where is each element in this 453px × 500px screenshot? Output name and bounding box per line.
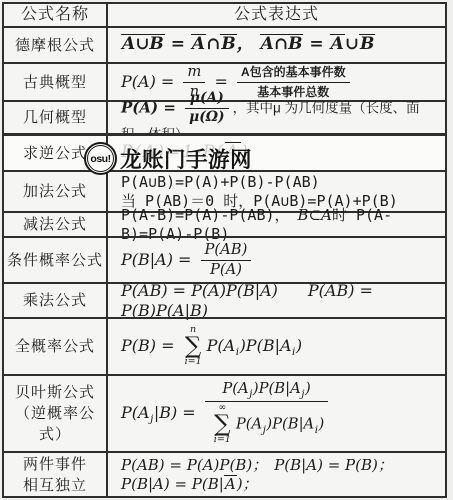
formula-line: P(AB) = P(A)P(B)；P(B|A) = P(B)；P(B|A) = … [121,456,445,494]
watermark-text: 龙账门手游网 [120,143,252,174]
table-row-independent: 两件事件 相互独立P(AB) = P(A)P(B)；P(B|A) = P(B)；… [4,451,445,496]
screenshot-root: 公式名称公式表达式德摩根公式A∪B = A∩B， A∩B = A∪B古典概型P(… [0,0,453,500]
table-row-bayes: 贝叶斯公式 （逆概率公 式）P(Aj|B) = P(Aj)P(B|Aj)∞∑i=… [4,374,445,451]
formula-table: 公式名称公式表达式德摩根公式A∪B = A∩B， A∩B = A∪B古典概型P(… [2,2,447,498]
row-formula-conditional: P(B|A) = P(AB)P(A) [108,238,445,282]
row-label-multiplication: 乘法公式 [4,284,108,317]
row-label-demorgan: 德摩根公式 [4,28,108,62]
header-name-col: 公式名称 [4,4,108,26]
subscript: j [263,424,266,436]
row-label-geometric: 几何概型 [4,102,108,133]
overline: B [359,34,375,54]
subscript: j [301,388,304,400]
row-formula-multiplication: P(AB) = P(A)P(B|A)P(AB) = P(B)P(A|B) [108,284,445,317]
watermark: osu! 龙账门手游网 [84,140,252,177]
row-label-addition: 加法公式 [4,172,108,211]
row-formula-demorgan: A∪B = A∩B， A∩B = A∪B [108,28,445,62]
row-formula-bayes: P(Aj|B) = P(Aj)P(B|Aj)∞∑i=1P(Aj)P(B|Ai) [108,376,445,451]
row-label-total: 全概率公式 [4,319,108,374]
formula-line: P(Aj|B) = P(Aj)P(B|Aj)∞∑i=1P(Aj)P(B|Ai) [121,381,332,446]
formula-line: P(AB) = P(A)P(B|A)P(AB) = P(B)P(A|B) [121,281,445,321]
summation: ∞∑i=1 [214,403,231,446]
subscript: i [315,424,318,436]
overline: A [191,34,206,54]
header-expr-col: 公式表达式 [108,4,445,26]
summation: n∑i=1 [185,325,202,368]
formula-line: A∪B = A∩B， A∩B = A∪B [121,34,375,55]
table-row-demorgan: 德摩根公式A∪B = A∩B， A∩B = A∪B [4,26,445,62]
row-label-independent: 两件事件 相互独立 [4,453,108,496]
subscript: j [150,413,153,425]
upright-text: A包含的基本事件数 [241,65,346,79]
overline: A [224,475,237,493]
row-formula-independent: P(AB) = P(A)P(B)；P(B|A) = P(B)；P(B|A) = … [108,453,445,496]
math-italic: B⊂A [298,206,332,224]
row-label-classical: 古典概型 [4,64,108,100]
fraction: P(Aj)P(B|Aj)∞∑i=1P(Aj)P(B|Ai) [205,381,329,446]
formula-line: P(B) = n∑i=1P(Ai)P(B|Ai) [121,325,302,368]
table-row-subtraction: 减法公式P(A-B)=P(A)-P(AB)，B⊂A时 P(A-B)=P(A)-P… [4,211,445,236]
row-formula-geometric: P(A) = μ(A)μ(Ω)，其中μ 为几何度量（长度、面积、体积） [108,102,445,133]
row-label-subtraction: 减法公式 [4,213,108,236]
fraction: μ(A)μ(Ω) [185,91,228,126]
subscript: i [236,346,239,358]
row-label-conditional: 条件概率公式 [4,238,108,282]
overline: A∪B [121,34,165,54]
table-row-geometric: 几何概型P(A) = μ(A)μ(Ω)，其中μ 为几何度量（长度、面积、体积） [4,100,445,133]
table-row-total: 全概率公式P(B) = n∑i=1P(Ai)P(B|Ai) [4,317,445,374]
row-label-bayes: 贝叶斯公式 （逆概率公 式） [4,376,108,451]
overline: A [330,34,345,54]
row-formula-total: P(B) = n∑i=1P(Ai)P(B|Ai) [108,319,445,374]
table-row-conditional: 条件概率公式P(B|A) = P(AB)P(A) [4,236,445,282]
fraction: P(AB)P(A) [201,242,252,279]
osu-logo-icon: osu! [84,142,117,175]
row-formula-subtraction: P(A-B)=P(A)-P(AB)，B⊂A时 P(A-B)=P(A)-P(B) [108,213,445,236]
osu-logo-text: osu! [90,153,110,165]
overline: B [220,34,236,54]
formula-line: P(B|A) = P(AB)P(A) [121,242,255,279]
subscript: i [292,346,295,358]
table-header-row: 公式名称公式表达式 [4,4,445,26]
subscript: j [249,388,252,400]
overline: A∩B [260,34,304,54]
table-row-multiplication: 乘法公式P(AB) = P(A)P(B|A)P(AB) = P(B)P(A|B) [4,282,445,317]
